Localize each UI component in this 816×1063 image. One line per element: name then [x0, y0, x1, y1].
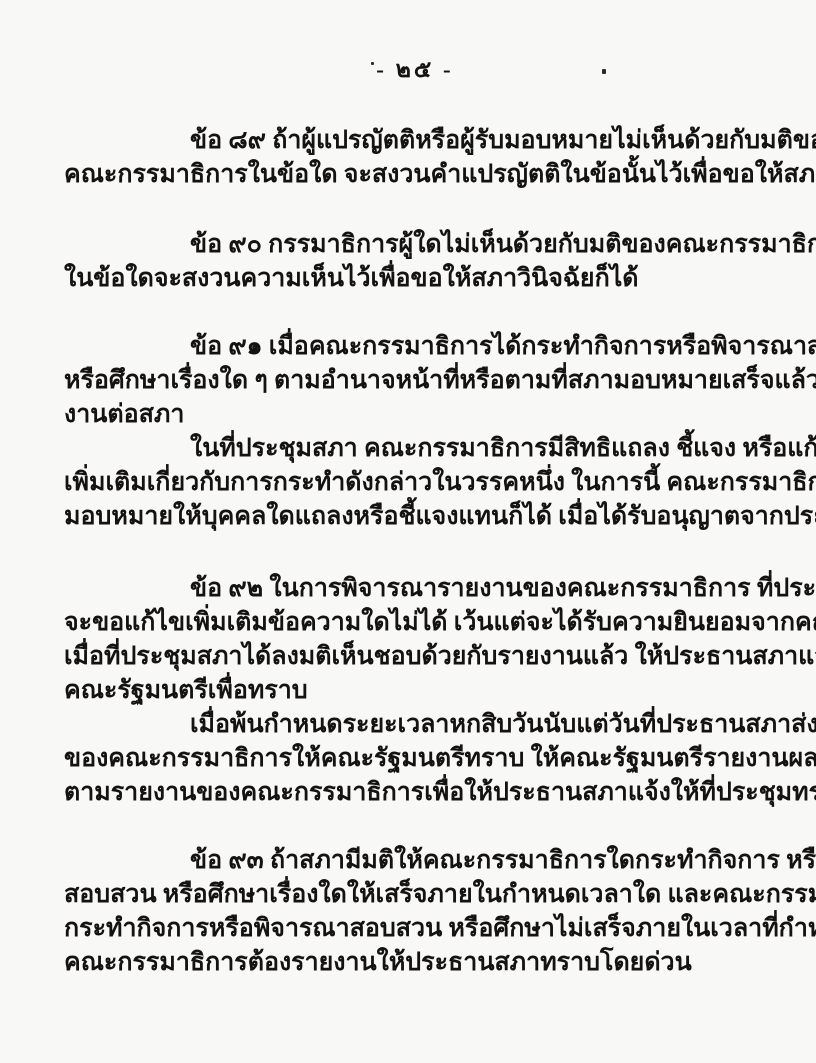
clause-93-line-4: คณะกรรมาธิการต้องรายงานให้ประธานสภาทราบโ… [64, 946, 808, 980]
clause-92-line-7: ตามรายงานของคณะกรรมาธิการเพื่อให้ประธานส… [64, 776, 808, 810]
clause-92-line-3: เมื่อที่ประชุมสภาได้ลงมติเห็นชอบด้วยกับร… [64, 640, 808, 674]
clause-91-line-3: งานต่อสภา [64, 398, 808, 432]
clause-92-line-6: ของคณะกรรมาธิการให้คณะรัฐมนตรีทราบ ให้คณ… [64, 742, 808, 776]
clause-92-line-1: ข้อ ๙๒ ในการพิจารณารายงานของคณะกรรมาธิกา… [64, 572, 808, 606]
clause-89: ข้อ ๘๙ ถ้าผู้แปรญัตติหรือผู้รับมอบหมายไม… [64, 124, 808, 192]
clause-91-line-6: มอบหมายให้บุคคลใดแถลงหรือชี้แจงแทนก็ได้ … [64, 500, 808, 534]
clause-89-line-1: ข้อ ๘๙ ถ้าผู้แปรญัตติหรือผู้รับมอบหมายไม… [64, 124, 808, 158]
clause-91-line-4: ในที่ประชุมสภา คณะกรรมาธิการมีสิทธิแถลง … [64, 432, 808, 466]
ink-speck [371, 62, 374, 65]
clause-91-line-5: เพิ่มเติมเกี่ยวกับการกระทำดังกล่าวในวรรค… [64, 466, 808, 500]
clause-90-line-1: ข้อ ๙๐ กรรมาธิการผู้ใดไม่เห็นด้วยกับมติข… [64, 228, 808, 262]
page-number: - ๒๕ - [0, 52, 816, 88]
clause-91-line-2: หรือศึกษาเรื่องใด ๆ ตามอำนาจหน้าที่หรือต… [64, 364, 808, 398]
clause-93-line-2: สอบสวน หรือศึกษาเรื่องใดให้เสร็จภายในกำห… [64, 878, 808, 912]
clause-92-line-5: เมื่อพ้นกำหนดระยะเวลาหกสิบวันนับแต่วันที… [64, 708, 808, 742]
clause-91-line-1: ข้อ ๙๑ เมื่อคณะกรรมาธิการได้กระทำกิจการห… [64, 330, 808, 364]
clause-92: ข้อ ๙๒ ในการพิจารณารายงานของคณะกรรมาธิกา… [64, 572, 808, 810]
clause-90: ข้อ ๙๐ กรรมาธิการผู้ใดไม่เห็นด้วยกับมติข… [64, 228, 808, 296]
clause-92-line-4: คณะรัฐมนตรีเพื่อทราบ [64, 674, 808, 708]
clause-90-line-2: ในข้อใดจะสงวนความเห็นไว้เพื่อขอให้สภาวิน… [64, 262, 808, 296]
clause-93-line-3: กระทำกิจการหรือพิจารณาสอบสวน หรือศึกษาไม… [64, 912, 808, 946]
document-page: - ๒๕ - ข้อ ๘๙ ถ้าผู้แปรญัตติหรือผู้รับมอ… [0, 0, 816, 1063]
clause-89-line-2: คณะกรรมาธิการในข้อใด จะสงวนคำแปรญัตติในข… [64, 158, 808, 192]
clause-92-line-2: จะขอแก้ไขเพิ่มเติมข้อความใดไม่ได้ เว้นแต… [64, 606, 808, 640]
ink-speck [602, 69, 606, 74]
clause-91: ข้อ ๙๑ เมื่อคณะกรรมาธิการได้กระทำกิจการห… [64, 330, 808, 534]
clause-93: ข้อ ๙๓ ถ้าสภามีมติให้คณะกรรมาธิการใดกระท… [64, 844, 808, 980]
clause-93-line-1: ข้อ ๙๓ ถ้าสภามีมติให้คณะกรรมาธิการใดกระท… [64, 844, 808, 878]
